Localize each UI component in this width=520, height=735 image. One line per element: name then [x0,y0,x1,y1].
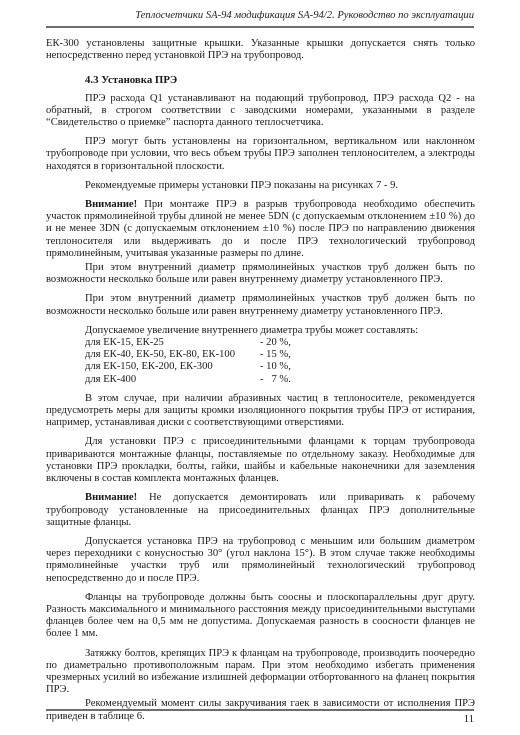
paragraph: При этом внутренний диаметр прямолинейны… [46,293,475,317]
paragraph: Затяжку болтов, крепящих ПРЭ к фланцам н… [46,648,475,697]
paragraph: В этом случае, при наличии абразивных ча… [46,393,475,430]
header-title: Теплосчетчики SA-94 модификация SA-94/2.… [135,10,474,21]
paragraph-continued: ЕК-300 установлены защитные крышки. Указ… [46,38,475,62]
warning-label: Внимание! [85,492,137,503]
warning-label: Внимание! [85,199,137,210]
paragraph: ПРЭ могут быть установлены на горизонтал… [46,136,475,173]
list-item: для ЕК-40, ЕК-50, ЕК-80, ЕК-100 - 15 %, [85,349,475,361]
paragraph: ПРЭ расхода Q1 устанавливают на подающий… [46,93,475,130]
list-item: для ЕК-400 - 7 %. [85,374,475,386]
paragraph: Для установки ПРЭ с присоединительными ф… [46,436,475,485]
running-header: Теплосчетчики SA-94 модификация SA-94/2.… [46,8,474,28]
warning-paragraph: Внимание! При монтаже ПРЭ в разрыв трубо… [46,199,475,260]
footer-rule [46,709,474,711]
list-intro: Допускаемое увеличение внутреннего диаме… [85,325,475,337]
warning-paragraph: Внимание! Не допускается демонтировать и… [46,492,475,529]
list-item: для ЕК-150, ЕК-200, ЕК-300 - 10 %, [85,361,475,373]
section-heading: 4.3 Установка ПРЭ [85,74,475,86]
paragraph: Рекомендуемые примеры установки ПРЭ пока… [46,180,475,192]
diameter-increase-list: Допускаемое увеличение внутреннего диаме… [85,325,475,386]
page-number: 11 [464,714,474,725]
list-item: для ЕК-15, ЕК-25 - 20 %, [85,337,475,349]
page-body: ЕК-300 установлены защитные крышки. Указ… [46,38,475,730]
paragraph: Фланцы на трубопроводе должны быть соосн… [46,592,475,641]
paragraph: При этом внутренний диаметр прямолинейны… [46,262,475,286]
paragraph: Допускается установка ПРЭ на трубопровод… [46,536,475,585]
